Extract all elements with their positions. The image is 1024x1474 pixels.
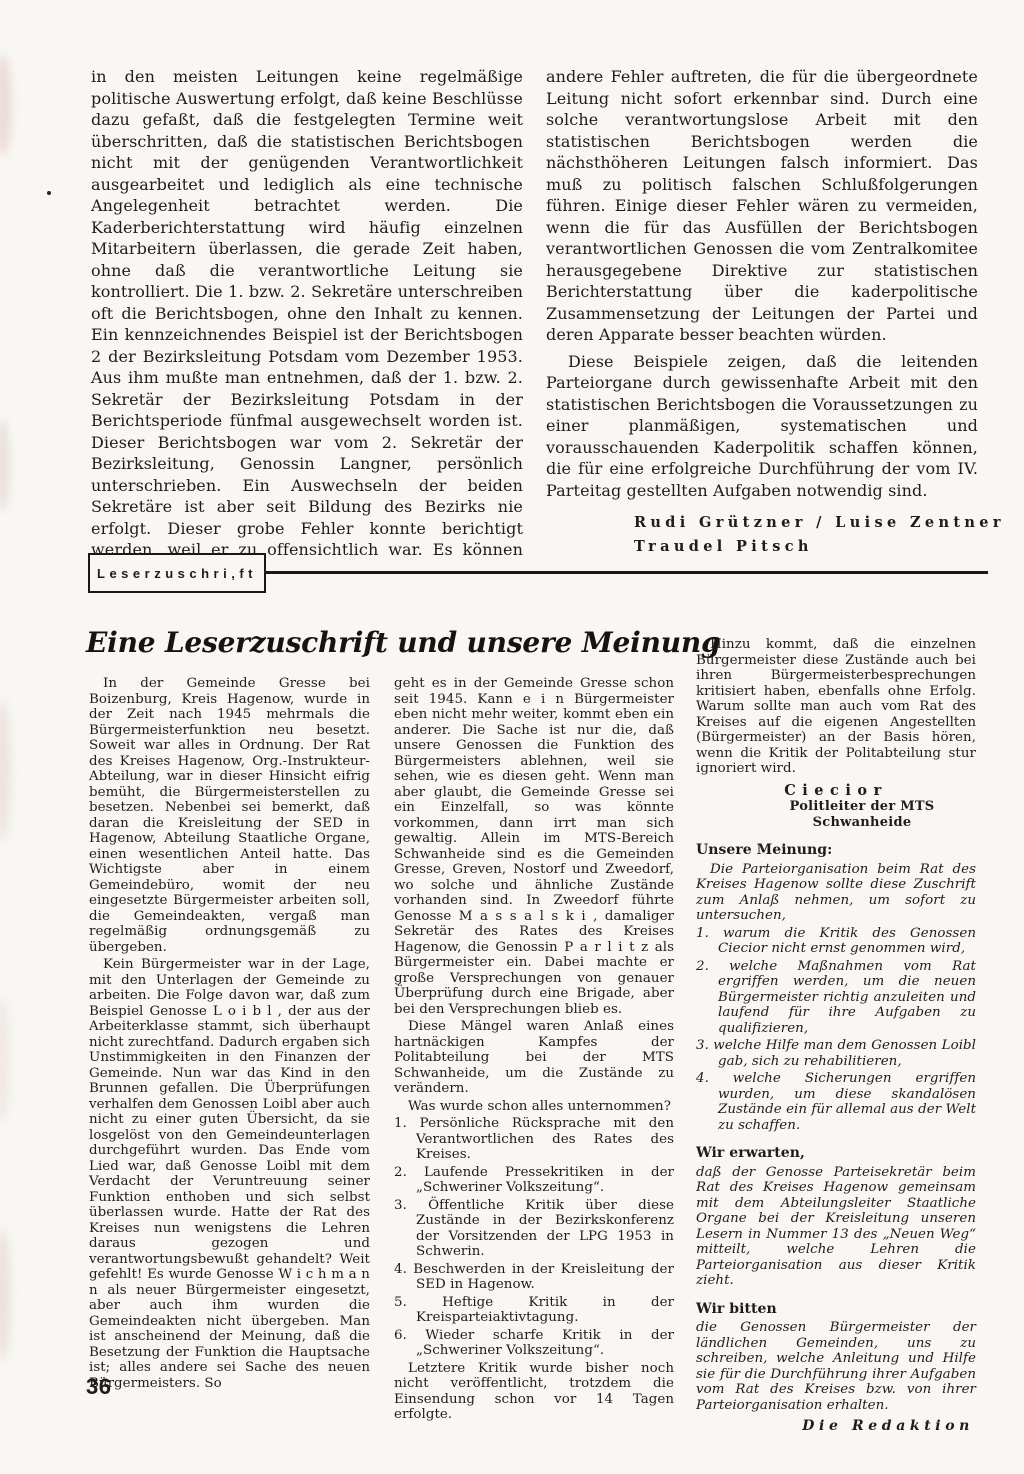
letter-signature-role: Politleiter der MTS Schwanheide	[696, 799, 976, 830]
list-item: 2. Laufende Pressekritiken in der „Schwe…	[394, 1165, 674, 1196]
headline: Eine Leserzuschrift und unsere Meinung	[86, 626, 720, 659]
list-item: 3. Öffentliche Kritik über diese Zuständ…	[394, 1198, 674, 1260]
article-left-column: in den meisten Leitungen keine regelmäßi…	[91, 66, 523, 582]
letter-column-2: geht es in der Gemeinde Gresse schon sei…	[394, 676, 674, 1425]
opinion-request-text: die Genossen Bürgermeister der ländliche…	[696, 1320, 976, 1413]
list-item: 5. Heftige Kritik in der Kreisparteiakti…	[394, 1295, 674, 1326]
section-label: Leserzuschri,ft	[97, 566, 257, 581]
scan-smudge	[0, 700, 11, 840]
scan-smudge	[0, 55, 12, 155]
section-divider-line	[266, 571, 988, 574]
opinion-heading: Unsere Meinung:	[696, 843, 976, 859]
letter-paragraph: Hinzu kommt, daß die einzelnen Bürgermei…	[696, 637, 976, 777]
scan-smudge	[0, 1230, 11, 1360]
article-right-column: andere Fehler auftreten, die für die übe…	[546, 66, 978, 582]
list-item: 6. Wieder scharfe Kritik in der „Schweri…	[394, 1328, 674, 1359]
letter-column-1: In der Gemeinde Gresse bei Boizenburg, K…	[89, 676, 370, 1393]
letter-column-3: Hinzu kommt, daß die einzelnen Bürgermei…	[696, 637, 976, 1435]
letter-paragraph: Diese Mängel waren Anlaß eines hartnäcki…	[394, 1019, 674, 1097]
author-signature: Traudel Pitsch	[634, 535, 978, 559]
scan-smudge	[0, 420, 10, 510]
article-paragraph: Diese Beispiele zeigen, daß die leitende…	[546, 351, 978, 502]
scan-smudge	[0, 1000, 10, 1120]
opinion-item: 2. welche Maßnahmen vom Rat ergriffen we…	[696, 959, 976, 1037]
page-number: 36	[86, 1374, 111, 1400]
article-continuation: in den meisten Leitungen keine regelmäßi…	[91, 66, 978, 582]
editorial-signature: Die Redaktion	[696, 1419, 976, 1435]
article-paragraph: in den meisten Leitungen keine regelmäßi…	[91, 66, 523, 582]
opinion-item: 4. welche Sicherungen ergriffen wurden, …	[696, 1071, 976, 1133]
article-paragraph: andere Fehler auftreten, die für die übe…	[546, 66, 978, 346]
opinion-expect-heading: Wir erwarten,	[696, 1146, 976, 1162]
letter-question: Was wurde schon alles unternommen?	[394, 1099, 674, 1115]
article-authors: Rudi Grützner / Luise Zentner Traudel Pi…	[634, 511, 978, 558]
letter-paragraph: Kein Bürgermeister war in der Lage, mit …	[89, 957, 370, 1391]
magazine-page: in den meisten Leitungen keine regelmäßi…	[0, 0, 1024, 1474]
opinion-item: 1. warum die Kritik des Genossen Ciecior…	[696, 926, 976, 957]
ink-speck	[47, 191, 51, 195]
list-item: 4. Beschwerden in der Kreisleitung der S…	[394, 1262, 674, 1293]
opinion-expect-text: daß der Genosse Parteisekretär beim Rat …	[696, 1165, 976, 1289]
list-item: 1. Persönliche Rücksprache mit den Veran…	[394, 1116, 674, 1163]
opinion-item: 3. welche Hilfe man dem Genossen Loibl g…	[696, 1038, 976, 1069]
section-label-box: Leserzuschri,ft	[88, 553, 266, 593]
author-signature: Rudi Grützner / Luise Zentner	[634, 511, 978, 535]
letter-paragraph: Letztere Kritik wurde bisher noch nicht …	[394, 1361, 674, 1423]
letter-paragraph: geht es in der Gemeinde Gresse schon sei…	[394, 676, 674, 1017]
letter-signature-name: Ciecior	[696, 783, 976, 799]
opinion-request-heading: Wir bitten	[696, 1302, 976, 1318]
letter-paragraph: In der Gemeinde Gresse bei Boizenburg, K…	[89, 676, 370, 955]
opinion-intro: Die Parteiorganisation beim Rat des Krei…	[696, 862, 976, 924]
